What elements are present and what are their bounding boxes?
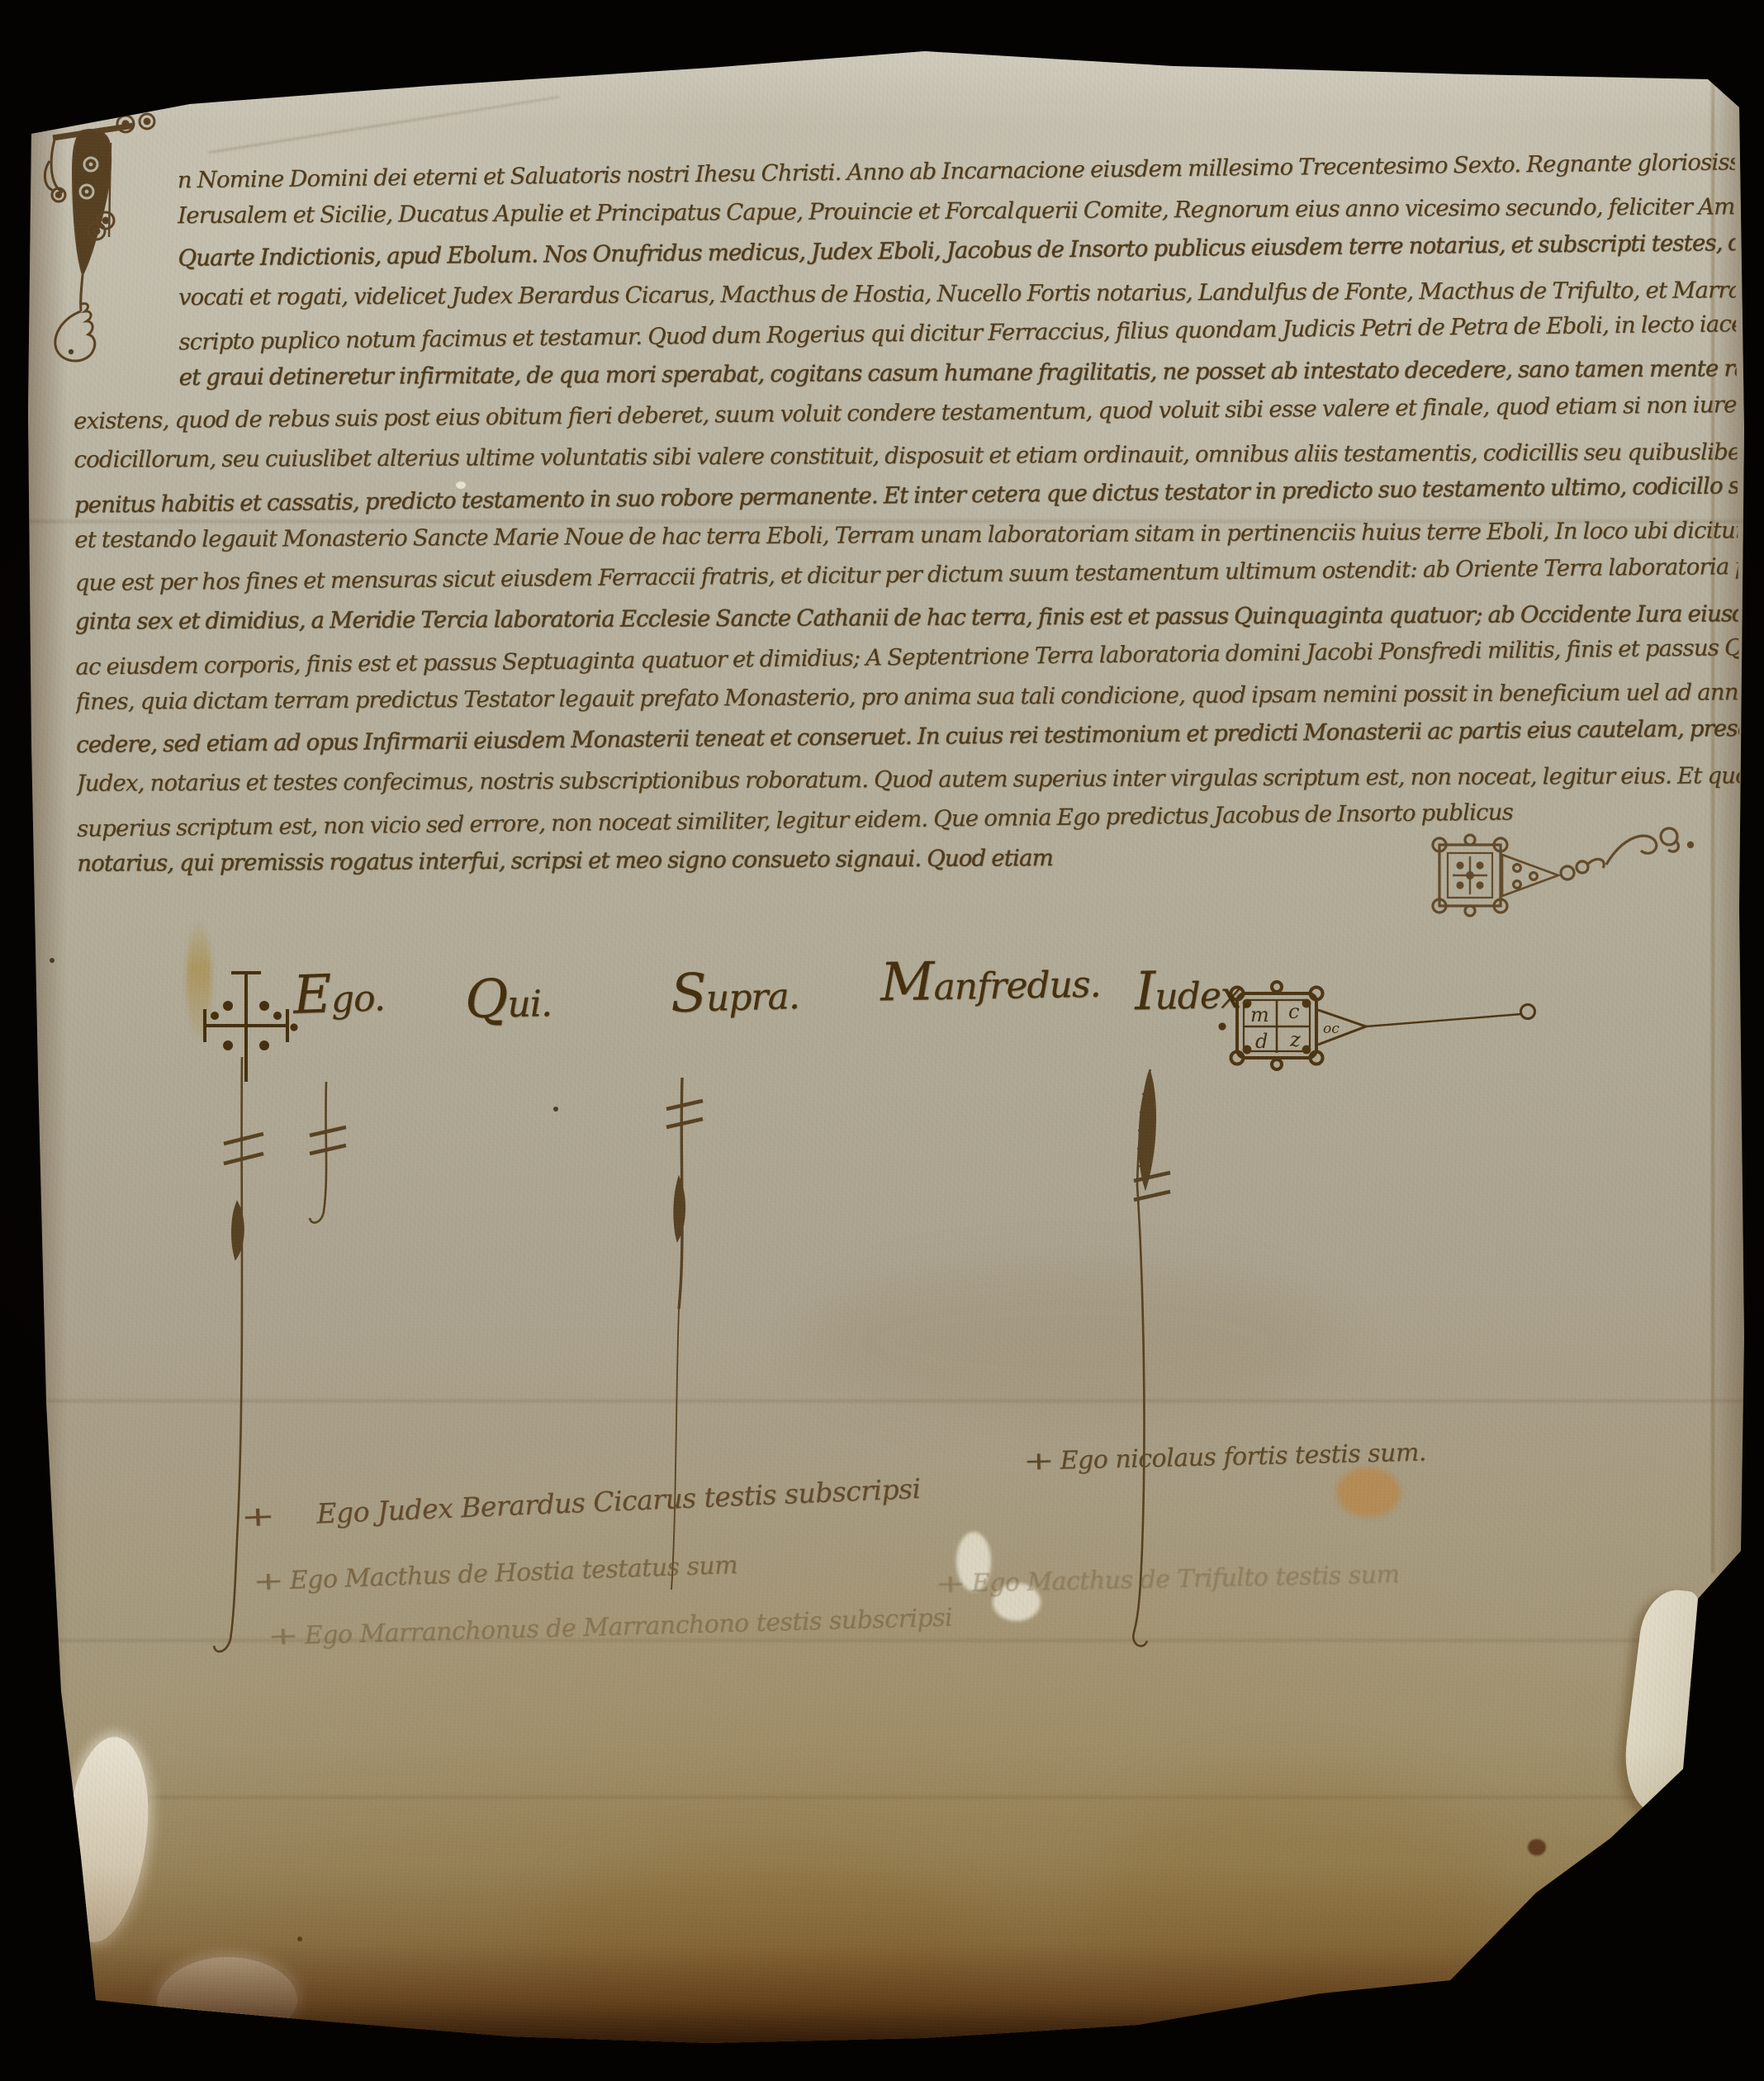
tablet-cell-d: d [1255,1030,1268,1053]
photo-backdrop: I n Nomine Domini dei eterni et Saluator… [0,0,1764,2081]
subscription-cross-icon: + [1023,1447,1055,1477]
notary-line-end-signum [1433,813,1705,937]
tablet-cell-m: m [1250,1003,1269,1026]
subscription-cross-icon: + [252,1567,283,1596]
tablet-cell-z: z [1289,1028,1301,1051]
repair-patch [157,1957,297,2036]
tablet-cell-c: c [1288,1000,1299,1023]
red-edge-stain [1700,1794,1733,1823]
notary-tablet-signum: m c d z oc [1231,977,1553,1076]
charter-text-block: n Nomine Domini dei eterni et Saluatoris… [72,145,1741,886]
signum-word-manfredus: Manfredus. [880,949,1101,1014]
parchment-sheet: I n Nomine Domini dei eterni et Saluator… [25,45,1744,2044]
dark-speck-stain [1528,1839,1546,1856]
signum-word-supra: Supra. [670,960,799,1025]
charter-line-1-pre: n Nomine Domini dei eterni et Saluatoris… [178,147,1735,194]
subscription-cross-icon: + [240,1500,275,1533]
repair-patch [57,1733,157,1947]
orange-ink-stain [1336,1467,1401,1517]
ink-speck [50,958,55,963]
damp-stain [1098,1771,1495,2019]
ink-speck [297,1936,302,1941]
signum-word-ego: Ego. [292,962,386,1026]
decorated-initial-I [43,113,171,369]
diagonal-crease [208,96,559,153]
signum-word-qui: Qui. [464,968,552,1031]
folded-corner-flap [1619,1586,1718,1818]
subscription-cross-icon: + [268,1622,299,1652]
subscription-cross-icon: + [935,1569,966,1599]
signum-word-iudex: Iudex. [1134,960,1251,1022]
damp-stain [537,1846,966,2044]
tablet-nib-letters: oc [1323,1021,1340,1037]
fold-crease [25,1796,1744,1799]
